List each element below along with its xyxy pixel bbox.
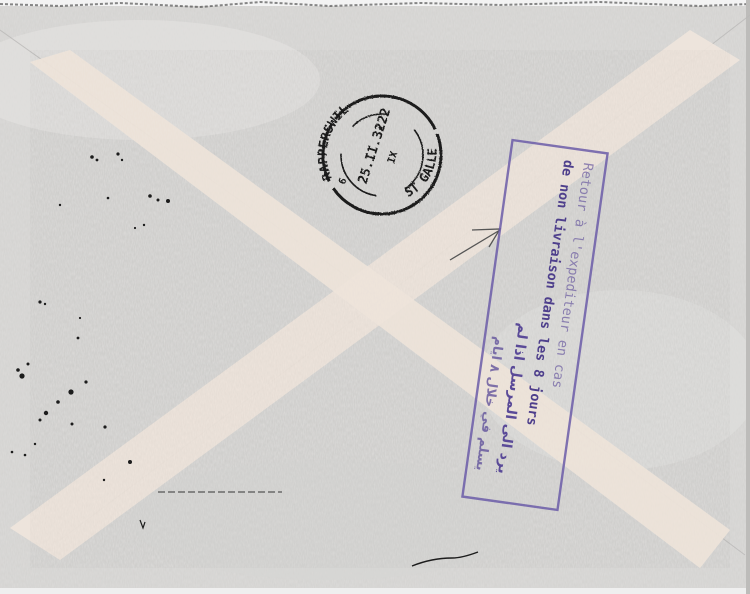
envelope-illustration: RAPPERSWIL ST GALLEN 25.II.32 • 22 IX 6 … xyxy=(0,0,750,594)
envelope-back: RAPPERSWIL ST GALLEN 25.II.32 • 22 IX 6 … xyxy=(0,0,750,594)
